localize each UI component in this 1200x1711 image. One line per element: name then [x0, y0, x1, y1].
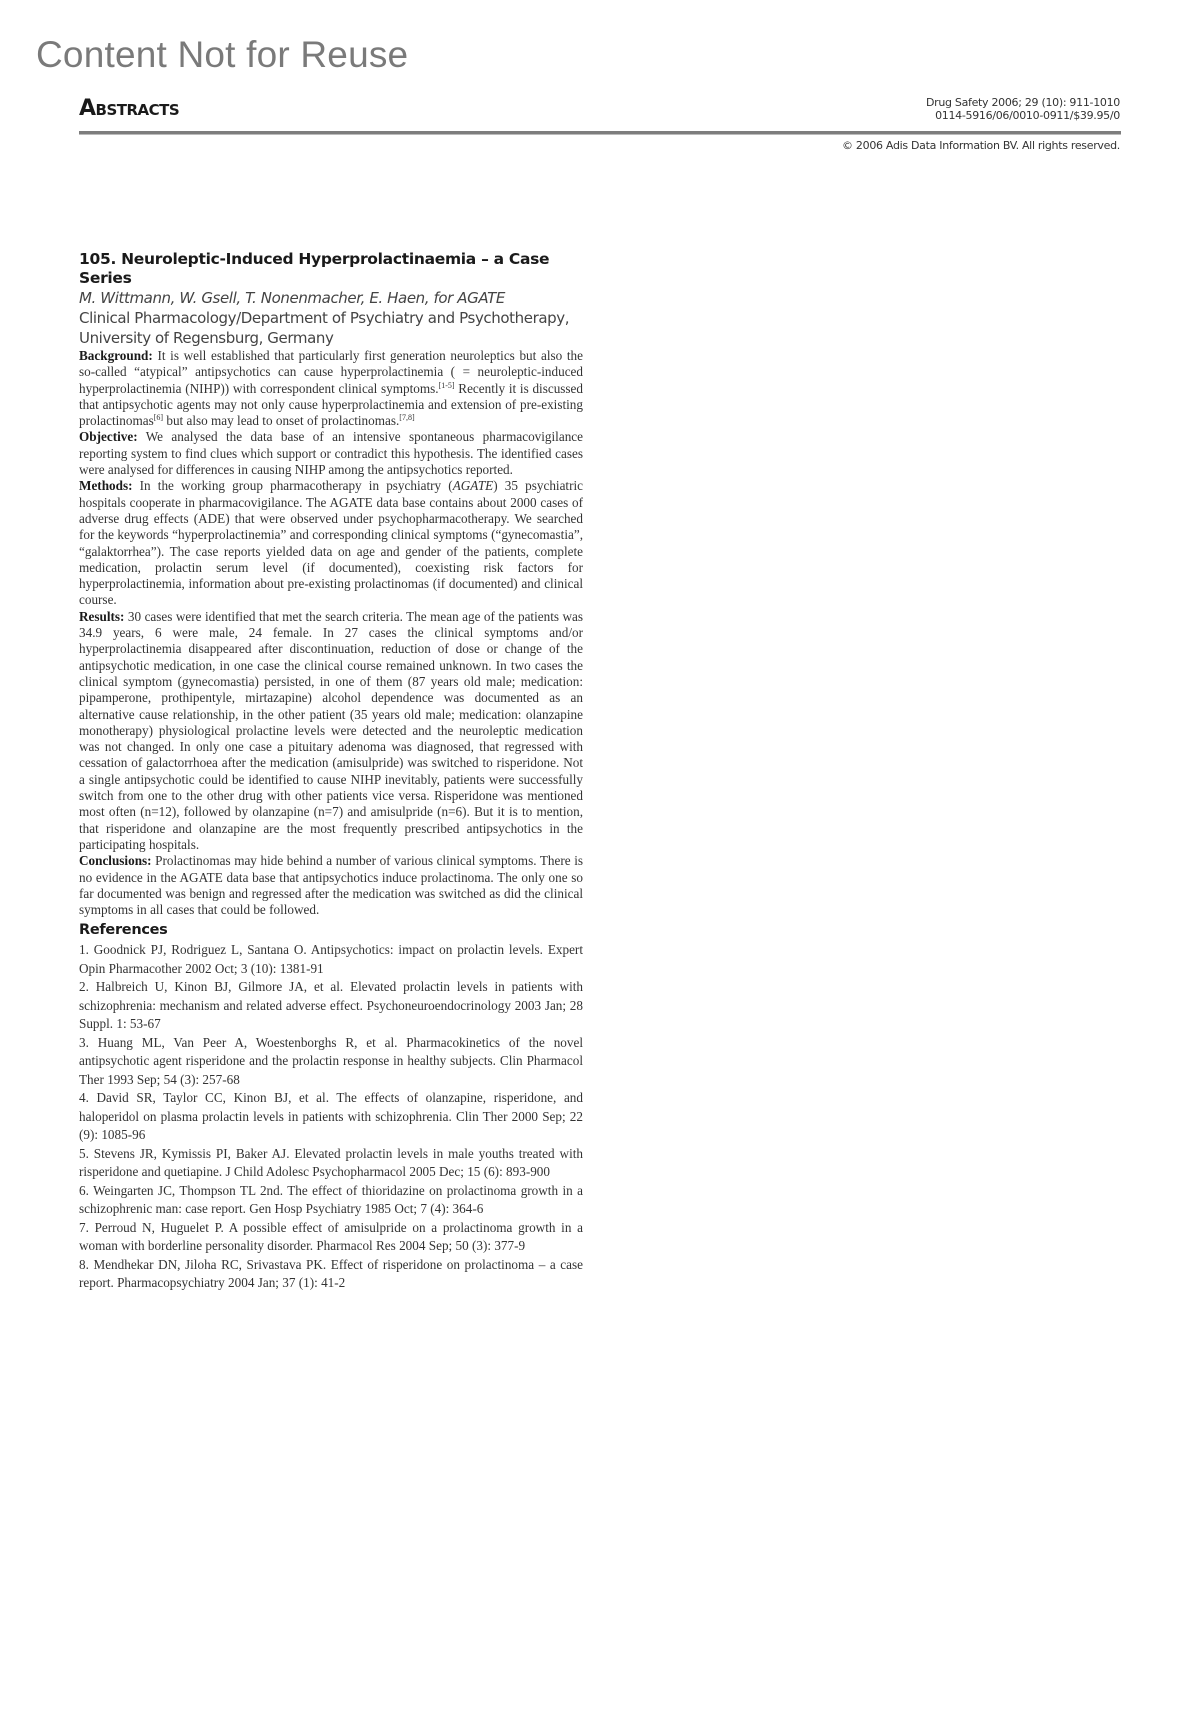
section-text: We analysed the data base of an intensiv… — [79, 429, 583, 477]
reference-item: 6. Weingarten JC, Thompson TL 2nd. The e… — [79, 1182, 583, 1219]
citation: [1-5] — [439, 381, 455, 390]
abstract-title: 105. Neuroleptic-Induced Hyperprolactina… — [79, 250, 583, 288]
references-heading: References — [79, 922, 583, 938]
reference-item: 2. Halbreich U, Kinon BJ, Gilmore JA, et… — [79, 978, 583, 1034]
section-methods: Methods: In the working group pharmacoth… — [79, 478, 583, 608]
section-conclusions: Conclusions: Prolactinomas may hide behi… — [79, 853, 583, 918]
section-label: Background: — [79, 348, 153, 363]
abstract: 105. Neuroleptic-Induced Hyperprolactina… — [79, 250, 583, 1293]
section-objective: Objective: We analysed the data base of … — [79, 429, 583, 478]
section-label: Objective: — [79, 429, 138, 444]
section-label: Conclusions: — [79, 853, 152, 868]
section-background: Background: It is well established that … — [79, 348, 583, 429]
journal-citation: Drug Safety 2006; 29 (10): 911-1010 — [926, 96, 1120, 109]
watermark: Content Not for Reuse — [36, 34, 408, 76]
journal-info: Drug Safety 2006; 29 (10): 911-1010 0114… — [926, 96, 1120, 122]
reference-item: 3. Huang ML, Van Peer A, Woestenborghs R… — [79, 1034, 583, 1090]
running-head: Abstracts — [79, 96, 179, 121]
abstract-authors: M. Wittmann, W. Gsell, T. Nonenmacher, E… — [79, 288, 583, 308]
section-text: ) 35 psychiatric hospitals cooperate in … — [79, 478, 583, 607]
section-text: 30 cases were identified that met the se… — [79, 609, 583, 852]
reference-item: 1. Goodnick PJ, Rodriguez L, Santana O. … — [79, 941, 583, 978]
section-label: Methods: — [79, 478, 132, 493]
copyright: © 2006 Adis Data Information BV. All rig… — [842, 139, 1120, 152]
section-text: In the working group pharmacotherapy in … — [132, 478, 452, 493]
section-text: Prolactinomas may hide behind a number o… — [79, 853, 583, 917]
reference-item: 7. Perroud N, Huguelet P. A possible eff… — [79, 1219, 583, 1256]
section-label: Results: — [79, 609, 124, 624]
section-results: Results: 30 cases were identified that m… — [79, 609, 583, 853]
agate-acronym: AGATE — [453, 478, 494, 493]
reference-item: 8. Mendhekar DN, Jiloha RC, Srivastava P… — [79, 1256, 583, 1293]
abstract-affiliation: Clinical Pharmacology/Department of Psyc… — [79, 308, 583, 348]
reference-item: 5. Stevens JR, Kymissis PI, Baker AJ. El… — [79, 1145, 583, 1182]
reference-item: 4. David SR, Taylor CC, Kinon BJ, et al.… — [79, 1089, 583, 1145]
references-list: 1. Goodnick PJ, Rodriguez L, Santana O. … — [79, 941, 583, 1293]
section-text: but also may lead to onset of prolactino… — [163, 413, 399, 428]
citation: [6] — [154, 413, 163, 422]
header-rule — [79, 131, 1121, 135]
citation: [7,8] — [399, 413, 414, 422]
issn-line: 0114-5916/06/0010-0911/$39.95/0 — [926, 109, 1120, 122]
